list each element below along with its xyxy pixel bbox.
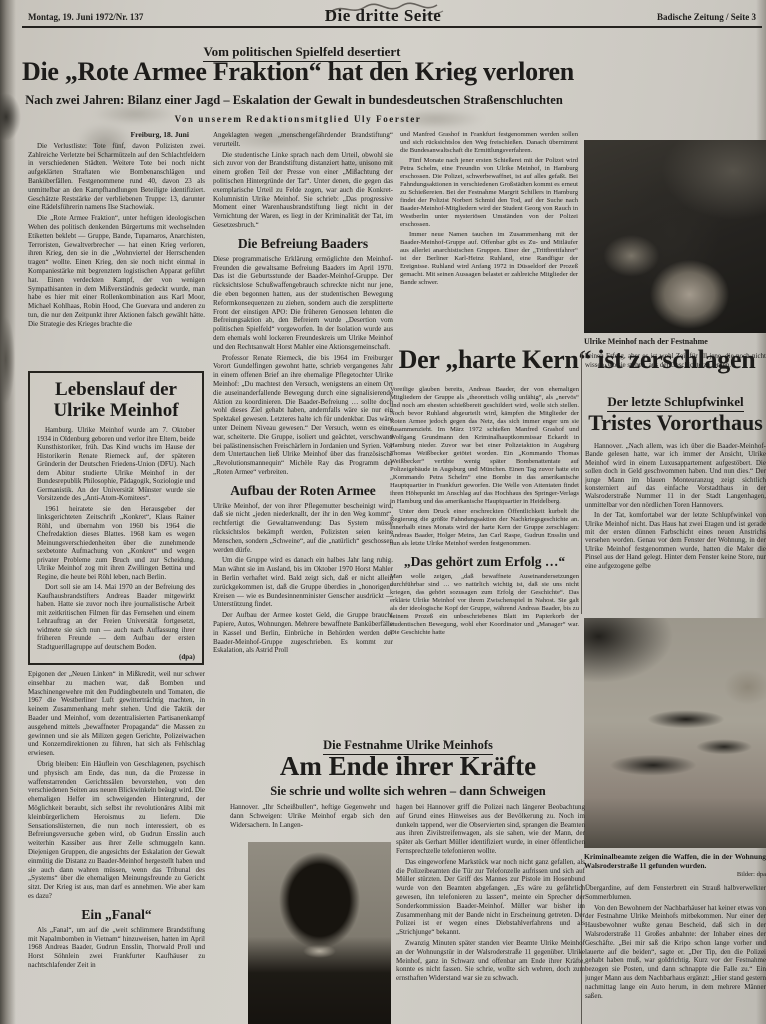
crosshead-befreiung-baaders: Die Befreiung Baaders [213,236,393,251]
caption-text: Kriminalbeamte zeigen die Waffen, die in… [584,852,766,870]
body-paragraph: Dort soll sie am 14. Mai 1970 an der Bef… [37,583,195,651]
body-paragraph: Unter dem Druck einer erschreckten Öffen… [390,508,579,548]
body-paragraph: Fünf Monate nach jener ersten Schießerei… [400,157,578,229]
bio-box-text: Hamburg. Ulrike Meinhof wurde am 7. Okto… [37,426,195,662]
masthead-paper-name: Badische Zeitung / Seite 3 [536,12,756,22]
lead-byline: Von unserem Redaktionsmitglied Uly Foers… [28,114,568,124]
body-paragraph: Von den Bewohnern der Nachbarhäuser hat … [585,904,766,1001]
lead-column-3: und Manfred Grashof in Frankfurt festgen… [400,131,578,349]
schlupfwinkel-headline: Tristes Vororthaus [585,410,766,436]
body-paragraph: Epigonen der „Neuen Linken“ in Mißkredit… [28,670,205,758]
harte-kern-column: Voreilige glauben bereits, Andreas Baade… [390,386,579,726]
body-paragraph: Das eingeworfene Markstück war noch nich… [396,858,585,937]
body-paragraph: hagen bei Hannover griff die Polizei nac… [396,803,585,856]
lead-headline: Die „Rote Armee Fraktion“ hat den Krieg … [18,57,578,87]
photo-ulrike-meinhof [584,140,766,333]
bio-box-title: Lebenslauf der Ulrike Meinhof [37,379,195,421]
body-paragraph: Ulrike Meinhof, der von ihrer Pflegemutt… [213,502,393,555]
photo-weapons-table [584,618,766,848]
column-rule [581,352,582,614]
scan-edge-left [0,0,16,1024]
lead-column-1-lower: Epigonen der „Neuen Linken“ in Mißkredit… [28,670,205,1024]
lead-column-1: Freiburg, 18. Juni Die Verlustliste: Tot… [28,131,205,371]
agency-credit: (dpa) [37,653,195,662]
festnahme-subhead: Sie schrie und wollte sich wehren – dann… [230,784,586,799]
crosshead-aufbau-rote-armee: Aufbau der Roten Armee [213,483,393,498]
body-paragraph: Zwanzig Minuten später standen vier Beam… [396,939,585,983]
body-paragraph: keinen Erfolg, aber es ist wohl Zeit für… [585,352,766,370]
dateline: Freiburg, 18. Juni [28,131,205,140]
body-paragraph: In der Tat, komfortabel war der letzte S… [585,511,766,570]
scan-blotch [0,300,22,420]
body-paragraph: 1961 heiratete sie den Herausgeber der l… [37,505,195,582]
masthead-rule [22,26,762,28]
body-paragraph: Immer neue Namen tauchen im Zusammenhang… [400,231,578,287]
newspaper-page: Montag, 19. Juni 1972/Nr. 137 Die dritte… [0,0,766,1024]
body-paragraph: Die „Rote Armee Fraktion“, unter heftige… [28,214,205,328]
body-paragraph: Übrig bleiben: Ein Häuflein von Geschlag… [28,760,205,901]
festnahme-column-right: hagen bei Hannover griff die Polizei nac… [396,803,585,1024]
body-paragraph: Die studentische Linke sprach nach dem U… [213,151,393,230]
photo-credit: Bilder: dpa [584,870,766,879]
harte-kern-continuation: keinen Erfolg, aber es ist wohl Zeit für… [585,352,766,388]
lead-subhead: Nach zwei Jahren: Bilanz einer Jagd – Es… [14,93,574,108]
festnahme-column-left: Hannover. „Ihr Scheißbullen“, heftige Ge… [230,803,390,839]
body-paragraph: Hannover. „Nach allem, was ich über die … [585,442,766,509]
schlupfwinkel-column: Hannover. „Nach allem, was ich über die … [585,442,766,616]
body-paragraph: Angeklagten wegen „menschengefährdender … [213,131,393,149]
body-paragraph: Hamburg. Ulrike Meinhof wurde am 7. Okto… [37,426,195,503]
body-paragraph: Diese programmatische Erklärung ermöglic… [213,255,393,352]
bio-box: Lebenslauf der Ulrike Meinhof Hamburg. U… [28,371,204,665]
crosshead-ein-fanal: Ein „Fanal“ [28,907,205,922]
schlupfwinkel-column-lower: Übergardine, auf dem Fensterbrett ein St… [585,884,766,1024]
body-paragraph: Professor Renate Riemeck, die bis 1964 i… [213,354,393,477]
body-paragraph: Hannover. „Ihr Scheißbullen“, heftige Ge… [230,803,390,829]
masthead-section-title: Die dritte Seite [283,6,483,26]
masthead-date: Montag, 19. Juni 1972/Nr. 137 [28,12,258,22]
body-paragraph: Als „Fanal“, um auf die „weit schlimmere… [28,926,205,970]
body-paragraph: Um die Gruppe wird es danach ein halbes … [213,556,393,609]
body-paragraph: Der Aufbau der Armee kostet Geld, die Gr… [213,611,393,655]
body-paragraph: Die Verlustliste: Tote fünf, davon Poliz… [28,142,205,212]
body-paragraph: Voreilige glauben bereits, Andreas Baade… [390,386,579,506]
festnahme-headline: Am Ende ihrer Kräfte [230,751,586,782]
body-paragraph: Übergardine, auf dem Fensterbrett ein St… [585,884,766,902]
photo-caption-weapons: Kriminalbeamte zeigen die Waffen, die in… [584,852,766,879]
body-paragraph: Man wolle zeigen, „daß bewaffnete Ausein… [390,573,579,637]
photo-gerhart-mueller [248,842,391,1024]
crosshead-gehoert-zum-erfolg: „Das gehört zum Erfolg …“ [390,554,579,569]
body-paragraph: und Manfred Grashof in Frankfurt festgen… [400,131,578,155]
lead-column-2: Angeklagten wegen „menschengefährdender … [213,131,393,737]
